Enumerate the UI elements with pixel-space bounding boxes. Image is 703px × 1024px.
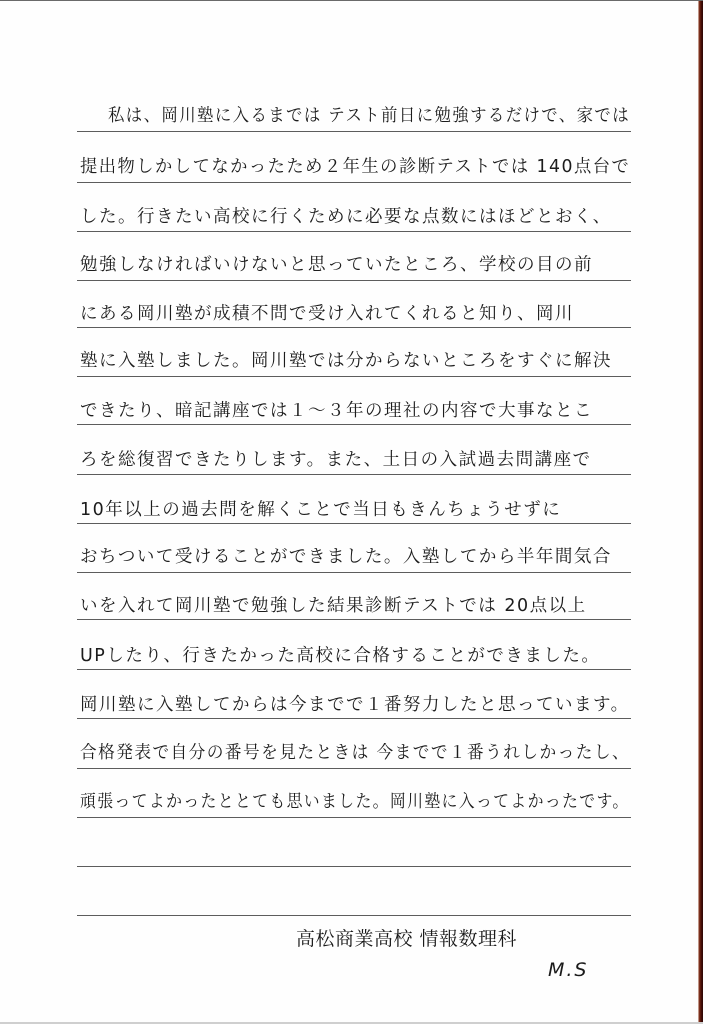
text-line-9: 10年以上の過去問を解くことで当日もきんちょうせずに	[80, 495, 630, 525]
text-line-1: 私は、岡川塾に入るまでは テスト前日に勉強するだけで、家では	[108, 101, 597, 131]
ruled-line-1	[77, 131, 631, 132]
text-line-17	[80, 886, 630, 916]
text-line-7: できたり、暗記講座では１～３年の理社の内容で大事なとこ	[80, 396, 630, 426]
text-line-2: 提出物しかしてなかったため２年生の診断テストでは 140点台で	[80, 152, 623, 182]
text-line-3: した。行きたい高校に行くために必要な点数にはほどとおく、	[80, 202, 630, 232]
ruled-line-15	[77, 817, 631, 818]
text-line-10: おちついて受けることができました。入塾してから半年間気合	[80, 542, 630, 572]
ruled-line-9	[77, 523, 631, 524]
ruled-line-12	[77, 669, 631, 670]
signature-school: 高松商業高校 情報数理科	[296, 924, 517, 951]
text-line-8: ろを総復習できたりします。また、土日の入試過去問講座で	[80, 445, 630, 475]
ruled-line-17	[77, 915, 631, 916]
signature-initials: M.S	[548, 959, 589, 981]
ruled-line-13	[77, 718, 631, 719]
ruled-line-14	[77, 768, 631, 769]
text-line-14: 合格発表で自分の番号を見たときは 今までで１番うれしかったし、	[80, 738, 604, 768]
ruled-line-16	[77, 866, 631, 867]
ruled-line-5	[77, 327, 631, 328]
text-line-12: UPしたり、行きたかった高校に合格することができました。	[80, 641, 630, 671]
ruled-line-3	[77, 231, 631, 232]
ruled-line-11	[77, 619, 631, 620]
text-line-16	[80, 837, 630, 867]
text-line-11: いを入れて岡川塾で勉強した結果診断テストでは 20点以上	[80, 591, 630, 621]
ruled-line-2	[77, 182, 631, 183]
ruled-line-10	[77, 572, 631, 573]
ruled-line-6	[77, 376, 631, 377]
text-line-13: 岡川塾に入塾してからは今までで１番努力したと思っています。	[80, 690, 630, 720]
page-edge-shadow	[698, 1, 703, 1024]
ruled-sheet: 私は、岡川塾に入るまでは テスト前日に勉強するだけで、家では 提出物しかしてなか…	[0, 1, 698, 1024]
ruled-line-8	[77, 474, 631, 475]
text-line-4: 勉強しなければいけないと思っていたところ、学校の目の前	[80, 250, 630, 280]
text-line-6: 塾に入塾しました。岡川塾では分からないところをすぐに解決	[80, 346, 630, 376]
ruled-line-7	[77, 424, 631, 425]
ruled-line-4	[77, 280, 631, 281]
scanned-page: 私は、岡川塾に入るまでは テスト前日に勉強するだけで、家では 提出物しかしてなか…	[0, 0, 703, 1024]
text-line-15: 頑張ってよかったととても思いました。岡川塾に入ってよかったです。	[80, 787, 578, 817]
text-line-5: にある岡川塾が成積不問で受け入れてくれると知り、岡川	[80, 299, 630, 329]
